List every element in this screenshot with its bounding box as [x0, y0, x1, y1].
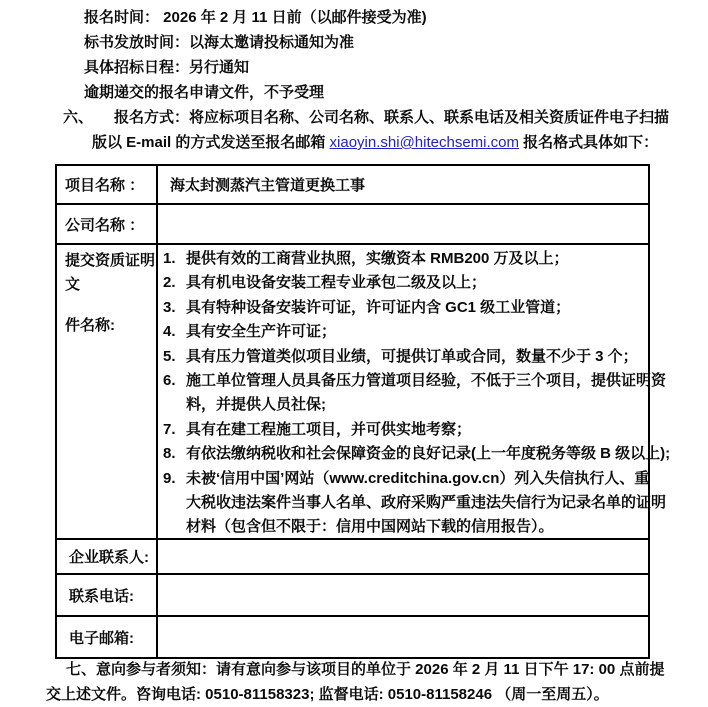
- qualifications-label-line-2: 件名称:: [65, 314, 156, 338]
- item-text: 具有特种设备安装许可证，许可证内含 GC1 级工业管道；: [186, 299, 570, 316]
- intro-block: 报名时间： 2026 年 2 月 11 日前（以邮件接受为准) 标书发放时间：以…: [84, 5, 427, 105]
- qualification-item: 5. 具有压力管道类似项目业绩，可提供订单或合同，数量不少于 3 个；: [163, 345, 670, 369]
- item-text: 具有压力管道类似项目业绩，可提供订单或合同，数量不少于 3 个；: [186, 348, 638, 365]
- qualification-item: 9. 未被‘信用中国’网站（www.creditchina.gov.cn）列入失…: [163, 467, 670, 540]
- contact-person-value: [158, 540, 648, 573]
- item-number: 2.: [163, 271, 186, 295]
- qualifications-label: 提交资质证明文 件名称:: [57, 245, 158, 538]
- item-number: 9.: [163, 467, 186, 540]
- table-row-email: 电子邮箱:: [57, 615, 648, 657]
- section-6-number: 六、: [63, 105, 93, 130]
- qualification-item: 4. 具有安全生产许可证；: [163, 320, 670, 344]
- contact-phone-value: [158, 575, 648, 615]
- table-row-company-name: 公司名称 ：: [57, 203, 648, 243]
- qualification-item: 7. 具有在建工程施工项目，并可供实地考察；: [163, 418, 670, 442]
- signup-email-link[interactable]: xiaoyin.shi@hitechsemi.com: [330, 134, 519, 151]
- table-row-qualifications: 提交资质证明文 件名称: 1. 提供有效的工商营业执照，实缴资本 RMB200 …: [57, 243, 648, 538]
- section-6-line-2-suffix: 报名格式具体如下：: [519, 134, 658, 151]
- item-text: 具有安全生产许可证；: [186, 323, 336, 340]
- item-text: 有依法缴纳税收和社会保障资金的良好记录(上一年度税务等级 B 级以上);: [186, 445, 670, 462]
- intro-line-registration-time: 报名时间： 2026 年 2 月 11 日前（以邮件接受为准): [84, 5, 427, 30]
- section-6-paragraph: 六、报名方式：将应标项目名称、公司名称、联系人、联系电话及相关资质证件电子扫描 …: [0, 105, 708, 155]
- qualifications-list: 1. 提供有效的工商营业执照，实缴资本 RMB200 万及以上； 2. 具有机电…: [158, 245, 672, 538]
- company-name-value: [158, 205, 648, 243]
- item-text: 施工单位管理人员具备压力管道项目经验，不低于三个项目，提供证明资: [186, 369, 670, 393]
- item-text: 具有在建工程施工项目，并可供实地考察；: [186, 421, 471, 438]
- qualification-item: 3. 具有特种设备安装许可证，许可证内含 GC1 级工业管道；: [163, 296, 670, 320]
- qualification-item: 8. 有依法缴纳税收和社会保障资金的良好记录(上一年度税务等级 B 级以上);: [163, 442, 670, 466]
- table-row-contact-person: 企业联系人:: [57, 538, 648, 573]
- contact-phone-label: 联系电话:: [57, 575, 158, 615]
- email-label: 电子邮箱:: [57, 617, 158, 657]
- item-text: 提供有效的工商营业执照，实缴资本 RMB200 万及以上；: [186, 250, 569, 267]
- table-row-project-name: 项目名称 ： 海太封测蒸汽主管道更换工事: [57, 166, 648, 203]
- item-number: 4.: [163, 320, 186, 344]
- item-number: 1.: [163, 247, 186, 271]
- section-6-text: 报名方式：将应标项目名称、公司名称、联系人、联系电话及相关资质证件电子扫描: [114, 109, 669, 126]
- item-text: 具有机电设备安装工程专业承包二级及以上；: [186, 274, 486, 291]
- qualifications-label-line-1: 提交资质证明文: [65, 249, 156, 298]
- section-6-line-2: 版以 E-mail 的方式发送至报名邮箱 xiaoyin.shi@hitechs…: [0, 130, 708, 155]
- intro-line-bid-doc-release: 标书发放时间：以海太邀请投标通知为准: [84, 30, 427, 55]
- item-number: 6.: [163, 369, 186, 418]
- section-7-paragraph: 七、意向参与者须知：请有意向参与该项目的单位于 2026 年 2 月 11 日下…: [0, 657, 708, 707]
- item-number: 3.: [163, 296, 186, 320]
- contact-person-label: 企业联系人:: [57, 540, 158, 573]
- item-text: 料，并提供人员社保;: [186, 393, 670, 417]
- project-name-value: 海太封测蒸汽主管道更换工事: [158, 166, 648, 203]
- email-value: [158, 617, 648, 657]
- intro-line-late-submission: 逾期递交的报名申请文件，不予受理: [84, 80, 427, 105]
- qualification-item: 6. 施工单位管理人员具备压力管道项目经验，不低于三个项目，提供证明资 料，并提…: [163, 369, 670, 418]
- section-6-line-1: 六、报名方式：将应标项目名称、公司名称、联系人、联系电话及相关资质证件电子扫描: [0, 105, 708, 130]
- qualification-item: 1. 提供有效的工商营业执照，实缴资本 RMB200 万及以上；: [163, 247, 670, 271]
- registration-format-table: 项目名称 ： 海太封测蒸汽主管道更换工事 公司名称 ： 提交资质证明文 件名称:…: [55, 164, 650, 659]
- intro-line-tender-schedule: 具体招标日程：另行通知: [84, 55, 427, 80]
- table-row-contact-phone: 联系电话:: [57, 573, 648, 615]
- company-name-label: 公司名称 ：: [57, 205, 158, 243]
- item-number: 5.: [163, 345, 186, 369]
- item-number: 7.: [163, 418, 186, 442]
- section-7-line-2: 交上述文件。咨询电话: 0510-81158323; 监督电话: 0510-81…: [0, 682, 708, 707]
- item-text: 大税收违法案件当事人名单、政府采购严重违法失信行为记录名单的证明: [186, 491, 670, 515]
- project-name-label: 项目名称 ：: [57, 166, 158, 203]
- section-6-line-2-prefix: 版以 E-mail 的方式发送至报名邮箱: [92, 134, 330, 151]
- item-number: 8.: [163, 442, 186, 466]
- section-7-line-1: 七、意向参与者须知：请有意向参与该项目的单位于 2026 年 2 月 11 日下…: [0, 657, 708, 682]
- item-text: 材料（包含但不限于：信用中国网站下载的信用报告）。: [186, 515, 670, 539]
- qualification-item: 2. 具有机电设备安装工程专业承包二级及以上；: [163, 271, 670, 295]
- item-text: 未被‘信用中国’网站（www.creditchina.gov.cn）列入失信执行…: [186, 467, 670, 491]
